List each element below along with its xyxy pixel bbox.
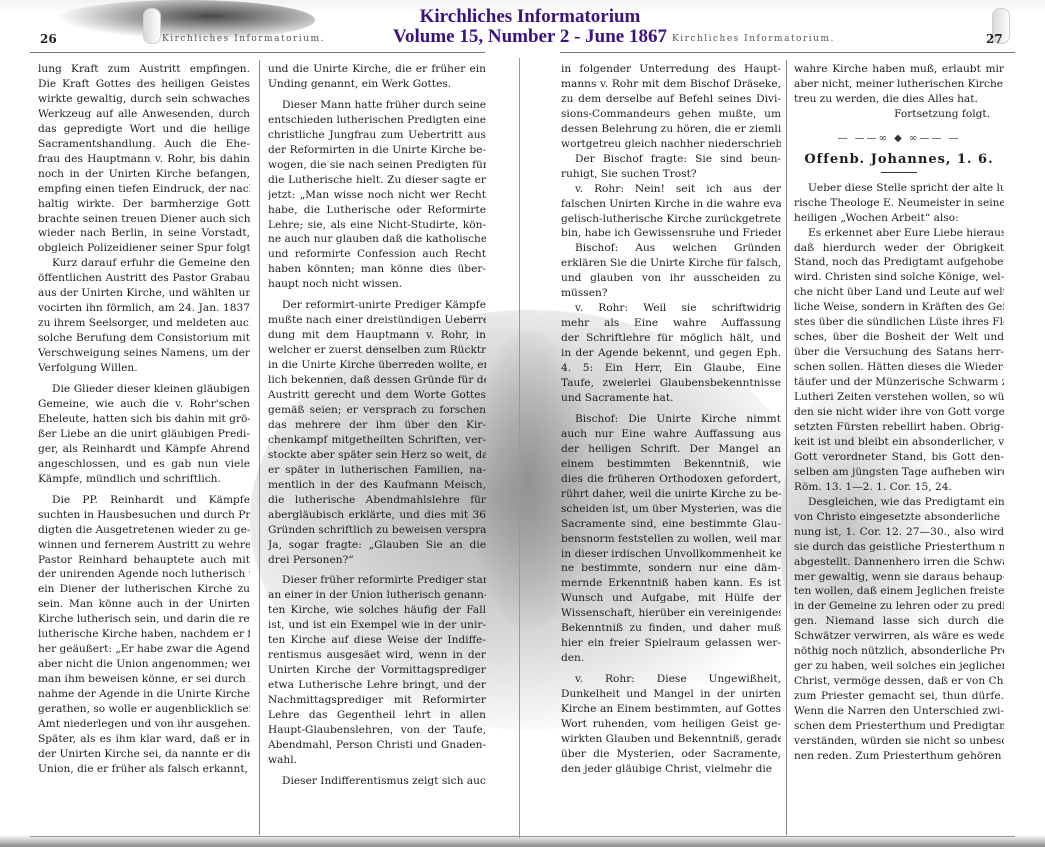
text-line: Unirten Kirche der Vormittagsprediger — [268, 663, 486, 678]
text-line: ten Kirche, wie solches häufig der Fall — [268, 603, 486, 618]
binder-clip-left-icon — [143, 8, 161, 44]
section-heading-rule — [881, 172, 917, 173]
text-line: Dunkelheit und Mangel in der unirten — [561, 687, 781, 702]
text-line: nahme der Agende in die Unirte Kirche — [38, 687, 250, 702]
text-line: vocirten ihn förmlich, am 24. Jan. 1837 — [38, 301, 250, 316]
text-line: Bischof: Aus welchen Gründen — [561, 241, 781, 256]
text-line: den jeder gläubige Christ, vielmehr die — [561, 762, 781, 777]
text-line: Schwätzer verwirren, als wäre es weder — [794, 629, 1004, 644]
text-line: mentlich in der des Kaufmann Meisch, — [268, 478, 486, 493]
text-line: winnen und fernerem Austritt zu wehren. — [38, 538, 250, 553]
text-line: zu ihrem Seelsorger, und meldeten auch — [38, 316, 250, 331]
text-line: einem bestimmten Bekenntniß, wie — [561, 457, 781, 472]
text-line: er später in lutherischen Familien, na- — [268, 463, 486, 478]
text-line: über die Mysterien, oder Sacramente, — [561, 747, 781, 762]
text-line: Amt niederlegen und von ihr ausgehen.“ — [38, 717, 250, 732]
text-line: mer gewaltig, wenn sie daraus behaup- — [794, 570, 1004, 585]
text-line: Taufe, zweierlei Glaubensbekenntnisse — [561, 376, 781, 391]
text-line: Die Kraft Gottes des heiligen Geistes — [38, 77, 250, 92]
text-line: ger, als Reinhardt und Kämpfe Ahrend — [38, 442, 250, 457]
publication-title-overlay: Kirchliches Informatorium Volume 15, Num… — [380, 7, 680, 47]
text-line: Kurz darauf erfuhr die Gemeine den — [38, 256, 250, 271]
text-line: brachte seinen treuen Diener auch sicher — [38, 212, 250, 227]
text-line: ßer Liebe an die unirt gläubigen Predi- — [38, 427, 250, 442]
section-ornament-divider: — ——∞ ◆ ∞—— — — [794, 132, 1004, 147]
text-line: chenkampf mitgetheilten Schriften, ver- — [268, 433, 486, 448]
text-line: Verschweigung seines Namens, um der — [38, 346, 250, 361]
text-line: zu dem derselbe auf Befehl seines Divi- — [561, 92, 781, 107]
left-page-number: 26 — [40, 32, 57, 46]
text-line: Wunsch und Aufgabe, mit Hülfe der — [561, 591, 781, 606]
text-line: Dieser Mann hatte früher durch seine — [268, 98, 486, 113]
text-line: lutherische Kirche haben, nachdem er frü… — [38, 627, 250, 642]
text-line: Wissenschaft, hierüber ein vereinigendes — [561, 606, 781, 621]
text-line: abgestellt. Dannenhero irren die Schwär- — [794, 555, 1004, 570]
text-line: jetzt: „Man wisse noch nicht wer Recht — [268, 188, 486, 203]
text-line: digten die Ausgetretenen wieder zu ge- — [38, 523, 250, 538]
text-line: setzten Fürsten rebellirt haben. Obrig- — [794, 420, 1004, 435]
text-line: schen dem Priesterthum und Predigtamt — [794, 719, 1004, 734]
text-line: v. Rohr: Diese Ungewißheit, — [561, 672, 781, 687]
text-line: nöthig noch nützlich, absonderliche Pred… — [794, 644, 1004, 659]
text-line: obgleich Polizeidiener seiner Spur folgt… — [38, 241, 250, 256]
publication-issue: Volume 15, Number 2 - June 1867 — [380, 27, 680, 47]
text-line: heiligen „Wochen Arbeit“ also: — [794, 211, 1004, 226]
text-line: mehr als Eine wahre Auffassung — [561, 316, 781, 331]
text-line: Union, die er früher als falsch erkannt, — [38, 762, 250, 777]
column-4: wahre Kirche haben muß, erlaubt miraber … — [794, 62, 1004, 764]
text-line: in dieser irdischen Unvollkommenheit kei… — [561, 547, 781, 562]
text-line: Austritt gerecht und dem Worte Gottes — [268, 388, 486, 403]
text-line: stes über die sündlichen Lüste ihres Fle… — [794, 315, 1004, 330]
text-line: Lehre; sie, als eine Nicht-Studirte, kön… — [268, 218, 486, 233]
text-line: aber nicht die Union angenommen; wenn — [38, 657, 250, 672]
text-line: auch nur Eine wahre Auffassung aus — [561, 427, 781, 442]
text-line: Lehre das Gegentheil lehrt in allen — [268, 708, 486, 723]
text-line: Desgleichen, wie das Predigtamt eine — [794, 495, 1004, 510]
text-line: Kämpfe, mündlich und schriftlich. — [38, 472, 250, 487]
continuation-notice: Fortsetzung folgt. — [794, 107, 1004, 122]
text-line: der heiligen Schrift. Der Mangel an — [561, 442, 781, 457]
text-line: daß hierdurch weder der Obrigkeit — [794, 241, 1004, 256]
text-line: ten Kirche auf diese Weise der Indiffe- — [268, 633, 486, 648]
text-line: aber nicht, meiner lutherischen Kirche u… — [794, 77, 1004, 92]
text-line: der Unirten Kirche sei, da nannte er die — [38, 747, 250, 762]
text-line: die Lutherische hielt. Zu dieser sagte e… — [268, 173, 486, 188]
text-line: gen. Niemand lasse sich durch die — [794, 614, 1004, 629]
text-line: ruhigt, Sie suchen Trost? — [561, 167, 781, 182]
publication-title: Kirchliches Informatorium — [380, 7, 680, 27]
text-line: Sacramentshandlung. Auch die Ehe- — [38, 137, 250, 152]
text-line: Gründen schriftlich zu beweisen versprac… — [268, 523, 486, 538]
text-line: wirkten Glauben und Bekenntniß, gerade — [561, 732, 781, 747]
text-line: Röm. 13. 1—2. 1. Cor. 15, 24. — [794, 480, 1004, 495]
text-line: Dieser Indifferentismus zeigt sich auch — [268, 774, 486, 789]
left-running-head: Kirchliches Informatorium. — [162, 34, 325, 44]
column-4-continuation-text: wahre Kirche haben muß, erlaubt miraber … — [794, 62, 1004, 107]
text-line: mußte nach einer dreistündigen Ueberre- — [268, 313, 486, 328]
text-line: stockte aber später sein Herz so weit, d… — [268, 448, 486, 463]
text-line: scheiden ist, um über Mysterien, was die — [561, 502, 781, 517]
text-line: wieder nach Berlin, in seine Vorstadt, — [38, 226, 250, 241]
text-line: suchten in Hausbesuchen und durch Pre- — [38, 508, 250, 523]
text-line: sein. Man könne auch in der Unirten — [38, 597, 250, 612]
left-header-rule — [30, 52, 485, 53]
text-line: an einer in der Union lutherisch genann- — [268, 588, 486, 603]
text-line: wird. Christen sind solche Könige, wel- — [794, 270, 1004, 285]
text-line: Die PP. Reinhardt und Kämpfe — [38, 493, 250, 508]
text-line: in die Unirte Kirche überreden wollte, e… — [268, 358, 486, 373]
text-line: treu zu werden, die dies Alles hat. — [794, 92, 1004, 107]
text-line: haben könnten; man könne dies über- — [268, 262, 486, 277]
text-line: Wort ruhenden, vom heiligen Geist ge- — [561, 717, 781, 732]
text-line: selben am jüngsten Tage aufheben wird. — [794, 465, 1004, 480]
text-line: erklären Sie die Unirte Kirche für falsc… — [561, 256, 781, 271]
text-line: Haupt-Glaubenslehren, von der Taufe, — [268, 723, 486, 738]
text-line: Nachmittagsprediger mit Reformirter — [268, 693, 486, 708]
text-line: Ueber diese Stelle spricht der alte luth… — [794, 181, 1004, 196]
text-line: entschieden lutherischen Predigten eine — [268, 113, 486, 128]
text-line: Abendmahl, Person Christi und Gnaden- — [268, 738, 486, 753]
text-line: angeschlossen, und es gab nun viele — [38, 457, 250, 472]
text-line: sions-Commandeurs gehen mußte, um — [561, 107, 781, 122]
text-line: Später, als es ihm klar ward, daß er in — [38, 732, 250, 747]
text-line: und die Unirte Kirche, die er früher ein — [268, 62, 486, 77]
right-running-head: Kirchliches Informatorium. — [672, 34, 835, 44]
text-line: der Reformirten in die Unirte Kirche be- — [268, 143, 486, 158]
text-line: dies die früheren Orthodoxen gefordert, — [561, 472, 781, 487]
text-line: drei Personen?“ — [268, 553, 486, 568]
text-line: zum Priester gemacht sei, thun dürfe. — [794, 689, 1004, 704]
text-line: verständen, würden sie nicht so unbeson- — [794, 734, 1004, 749]
text-line: rührt daher, weil die unirte Kirche zu b… — [561, 487, 781, 502]
text-line: und reformirte Confession auch Recht — [268, 247, 486, 262]
text-line: Es erkennet aber Eure Liebe hieraus, — [794, 226, 1004, 241]
text-line: ne auch nur glauben daß die katholische — [268, 232, 486, 247]
text-line: Lutheri Zeiten verstehen wollen, so wür- — [794, 390, 1004, 405]
page-gutter — [519, 58, 520, 838]
text-line: noch in der Unirten Kirche befangen, — [38, 167, 250, 182]
text-line: in der Gemeine zu lehren oder zu predi- — [794, 599, 1004, 614]
text-line: Der reformirt-unirte Prediger Kämpfe — [268, 298, 486, 313]
right-header-rule — [560, 52, 1015, 53]
text-line: mernde Erkenntniß haben kann. Es ist — [561, 576, 781, 591]
text-line: welcher er zuerst denselben zum Rücktrit… — [268, 343, 486, 358]
text-line: keit ist und bleibt ein absonderlicher, … — [794, 435, 1004, 450]
text-line: Unding genannt, ein Werk Gottes. — [268, 77, 486, 92]
text-line: her geäußert: „Er habe zwar die Agende — [38, 642, 250, 657]
text-line: ein Diener der lutherischen Kirche zu — [38, 582, 250, 597]
text-line: Bischof: Die Unirte Kirche nimmt — [561, 412, 781, 427]
text-line: manns v. Rohr mit dem Bischof Dräseke, — [561, 77, 781, 92]
text-line: frau des Hauptmann v. Rohr, bis dahin — [38, 152, 250, 167]
text-line: liche Weise, sondern in Kräften des Gei- — [794, 300, 1004, 315]
column-1: lung Kraft zum Austritt empfingen.Die Kr… — [38, 62, 250, 777]
text-line: in folgender Unterredung des Haupt- — [561, 62, 781, 77]
text-line: dung mit dem Hauptmann v. Rohr, in — [268, 328, 486, 343]
text-line: v. Rohr: Nein! seit ich aus der — [561, 182, 781, 197]
left-column-divider — [259, 60, 260, 835]
text-line: müssen? — [561, 286, 781, 301]
text-line: in der Agende bekennt, und gegen Eph. — [561, 346, 781, 361]
text-line: Der Bischof fragte: Sie sind beun- — [561, 152, 781, 167]
text-line: ger zu haben, weil solches ein jeglicher — [794, 659, 1004, 674]
text-line: der Schriftlehre für möglich hält, und — [561, 331, 781, 346]
text-line: Stand, noch das Predigtamt aufgehoben — [794, 255, 1004, 270]
text-line: wirkte gewaltig, durch sein schwaches — [38, 92, 250, 107]
text-line: wortgetreu gleich nachher niederschrieb. — [561, 137, 781, 152]
text-line: Ja, sogar fragte: „Glauben Sie an die — [268, 538, 486, 553]
text-line: rische Theologe E. Neumeister in seiner — [794, 196, 1004, 211]
text-line: bensnorm feststellen zu wollen, weil man — [561, 532, 781, 547]
text-line: lung Kraft zum Austritt empfingen. — [38, 62, 250, 77]
text-line: gerathen, so wolle er augenblicklich sei… — [38, 702, 250, 717]
text-line: ist, und ist ein Exempel wie in der unir… — [268, 618, 486, 633]
text-line: wahl. — [268, 753, 486, 768]
text-line: der unirenden Agende noch lutherisch und — [38, 567, 250, 582]
text-line: falschen Unirten Kirche in die wahre eva… — [561, 197, 781, 212]
text-line: Kirche an Einem bestimmten, auf Gottes — [561, 702, 781, 717]
column-2: und die Unirte Kirche, die er früher ein… — [268, 62, 486, 789]
bottom-edge-rule — [30, 836, 1015, 837]
text-line: und glauben von ihr ausscheiden zu — [561, 271, 781, 286]
text-line: sches, über die Bosheit der Welt und — [794, 330, 1004, 345]
text-line: über die Versuchung des Satans herr- — [794, 345, 1004, 360]
right-column-divider — [786, 60, 787, 835]
text-line: Kirche lutherisch sein, und darin die re… — [38, 612, 250, 627]
text-line: Verfolgung Willen. — [38, 361, 250, 376]
text-line: haupt noch nicht wissen. — [268, 277, 486, 292]
text-line: nung ist, 1. Cor. 12. 27—30., also wird — [794, 525, 1004, 540]
text-line: dessen Belehrung zu hören, die er ziemli… — [561, 122, 781, 137]
text-line: rentismus ausgesäet wird, wenn in der — [268, 648, 486, 663]
text-line: schen sollen. Hätten dieses die Wieder- — [794, 360, 1004, 375]
text-line: nen reden. Zum Priesterthum gehören — [794, 749, 1004, 764]
text-line: Werkzeug auf alle Anwesenden, durch — [38, 107, 250, 122]
text-line: aus der Unirten Kirche, und wählten und — [38, 286, 250, 301]
text-line: das gepredigte Wort und die heilige — [38, 122, 250, 137]
column-3: in folgender Unterredung des Haupt-manns… — [561, 62, 781, 777]
text-line: Wenn die Narren den Unterschied zwi- — [794, 704, 1004, 719]
text-line: die lutherische Abendmahlslehre für — [268, 493, 486, 508]
text-line: che nicht über Land und Leute auf welt- — [794, 285, 1004, 300]
text-line: habe, die Lutherische oder Reformirte — [268, 203, 486, 218]
text-line: empfing einen tiefen Eindruck, der nach- — [38, 182, 250, 197]
text-line: sie durch das geistliche Priesterthum ni… — [794, 540, 1004, 555]
text-line: Gott verordneter Stand, bis Gott den- — [794, 450, 1004, 465]
text-line: Die Glieder dieser kleinen gläubigen — [38, 382, 250, 397]
text-line: Gemeine, wie auch die v. Rohr'schen — [38, 397, 250, 412]
text-line: v. Rohr: Weil sie schriftwidrig — [561, 301, 781, 316]
text-line: Pastor Reinhard behauptete auch mit — [38, 553, 250, 568]
text-line: Eheleute, hatten sich bis dahin mit grö- — [38, 412, 250, 427]
text-line: ne bestimmte, sondern nur eine däm- — [561, 561, 781, 576]
text-line: und Sacramente hat. — [561, 391, 781, 406]
text-line: Christ, vermöge dessen, daß er von Chris… — [794, 674, 1004, 689]
text-line: wahre Kirche haben muß, erlaubt mir — [794, 62, 1004, 77]
text-line: man ihm beweisen könne, er sei durch An- — [38, 672, 250, 687]
text-line: Dieser früher reformirte Prediger stand — [268, 573, 486, 588]
text-line: den sie nicht wider ihre von Gott vorge- — [794, 405, 1004, 420]
text-line: christliche Jungfrau zum Uebertritt aus — [268, 128, 486, 143]
text-line: den. — [561, 651, 781, 666]
text-line: gelisch-lutherische Kirche zurückgetrete… — [561, 212, 781, 227]
text-line: 4. 5: Ein Herr, Ein Glaube, Eine — [561, 361, 781, 376]
text-line: ten wollen, daß einem Jeglichen freisteh… — [794, 584, 1004, 599]
text-line: etwa Lutherische Lehre bringt, und der — [268, 678, 486, 693]
text-line: das mehrere der ihm über den Kir- — [268, 418, 486, 433]
text-line: Sacramente sind, eine bestimmte Glau- — [561, 517, 781, 532]
right-page-number: 27 — [986, 32, 1003, 46]
text-line: öffentlichen Austritt des Pastor Grabau — [38, 271, 250, 286]
section-heading: Offenb. Johannes, 1. 6. — [794, 153, 1004, 168]
text-line: lich bekennen, daß dessen Gründe für den — [268, 373, 486, 388]
text-line: bin, habe ich Gewissensruhe und Frieden. — [561, 226, 781, 241]
text-line: hier ein freier Spielraum gelassen wer- — [561, 636, 781, 651]
text-line: gemäß seien; er versprach zu forschen — [268, 403, 486, 418]
text-line: Bekenntniß zu finden, und daher muß — [561, 621, 781, 636]
column-4-article-text: Ueber diese Stelle spricht der alte luth… — [794, 181, 1004, 764]
text-line: abergläubisch erklärte, und dies mit 36 — [268, 508, 486, 523]
text-line: täufer und der Münzerische Schwarm zu — [794, 375, 1004, 390]
text-line: solche Berufung dem Consistorium mit — [38, 331, 250, 346]
text-line: haltig wirkte. Der barmherzige Gott — [38, 197, 250, 212]
text-line: von Christo eingesetzte absonderliche Or… — [794, 510, 1004, 525]
text-line: wogen, die sie nach seinen Predigten für — [268, 158, 486, 173]
